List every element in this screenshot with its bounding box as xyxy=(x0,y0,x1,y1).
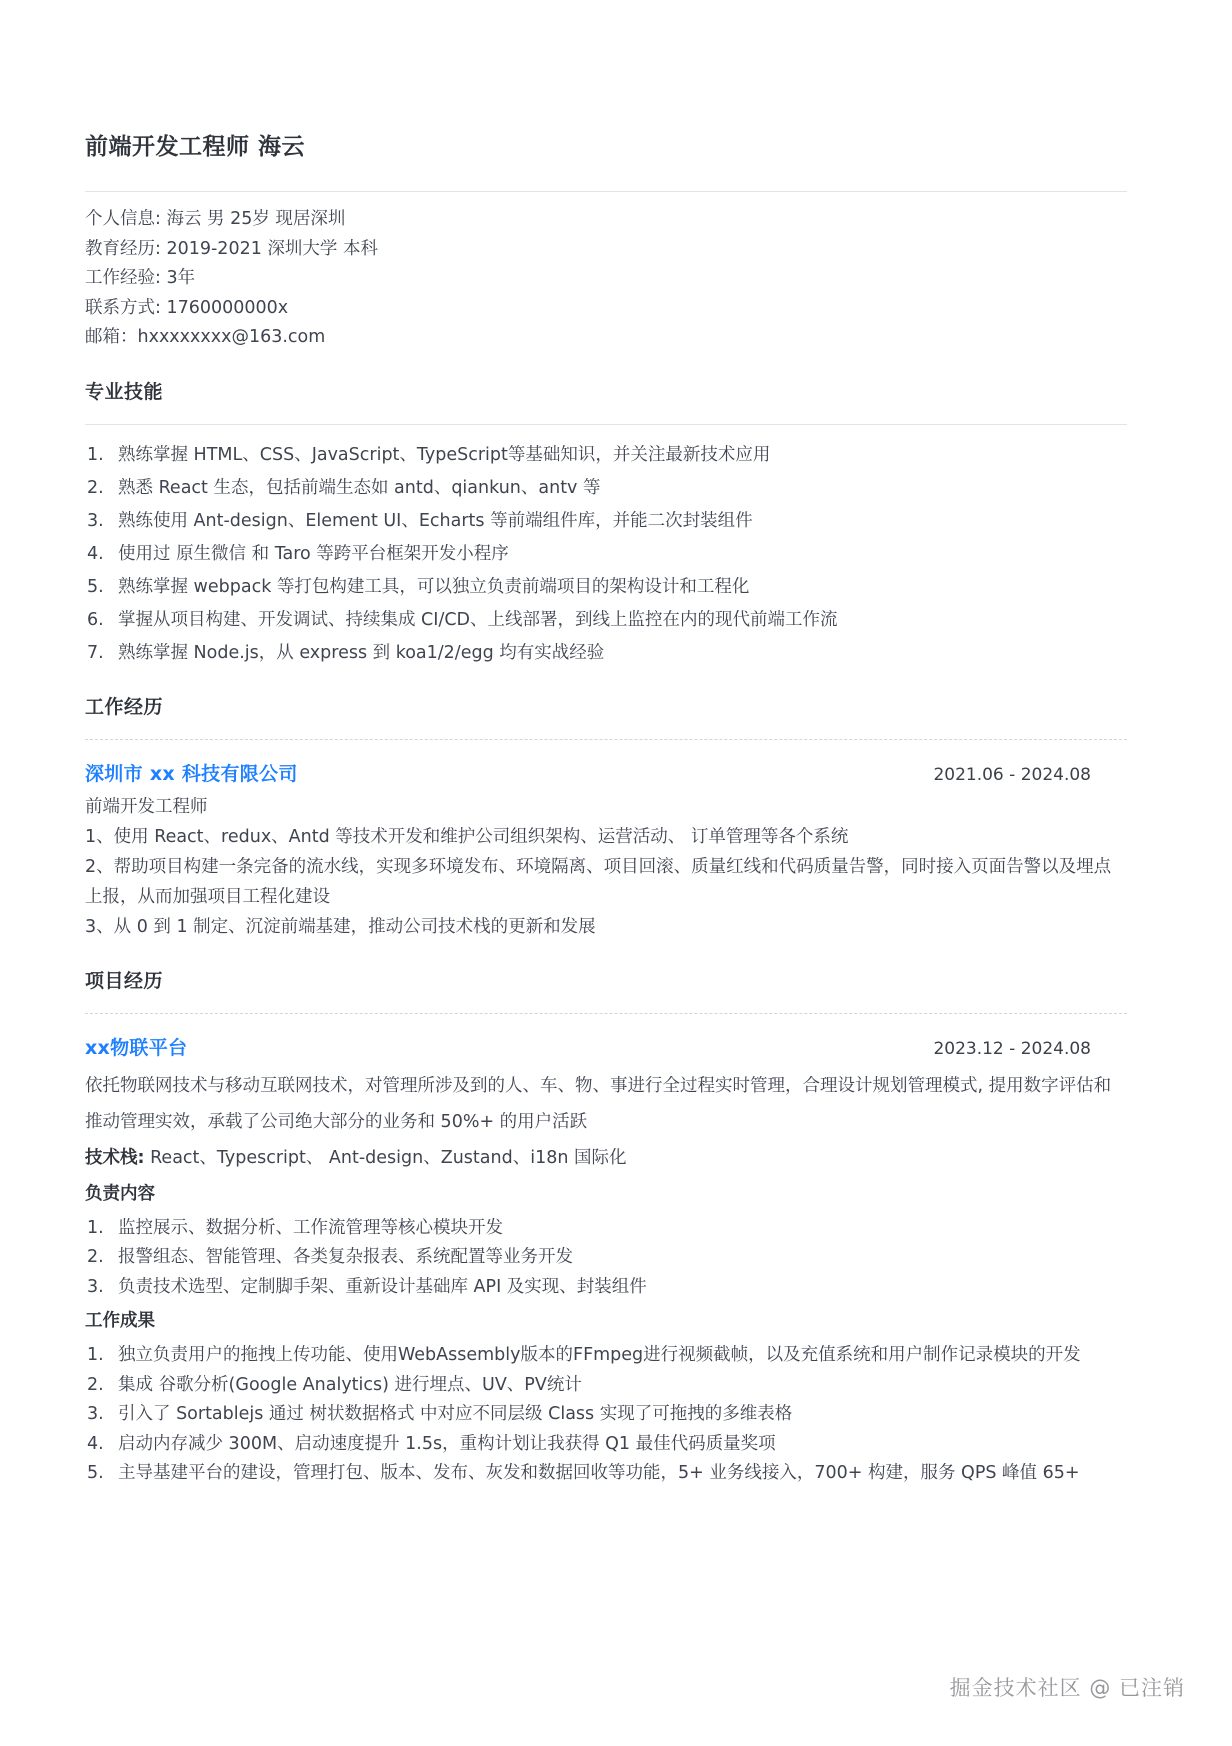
skills-list: 熟练掌握 HTML、CSS、JavaScript、TypeScript等基础知识… xyxy=(85,441,1127,668)
responsibility-item: 监控展示、数据分析、工作流管理等核心模块开发 xyxy=(85,1214,1127,1243)
email-line: 邮箱：hxxxxxxxx@163.com xyxy=(85,323,1127,353)
skill-item: 熟悉 React 生态，包括前端生态如 antd、qiankun、antv 等 xyxy=(85,474,1127,503)
divider-project xyxy=(85,1013,1127,1014)
achievement-item: 集成 谷歌分析(Google Analytics) 进行埋点、UV、PV统计 xyxy=(85,1371,1127,1400)
tech-stack-line: 技术栈: React、Typescript、 Ant-design、Zustan… xyxy=(85,1142,1127,1174)
work-period: 2021.06 - 2024.08 xyxy=(933,765,1127,785)
tech-stack-value: React、Typescript、 Ant-design、Zustand、i18… xyxy=(145,1148,627,1168)
personal-info-line: 个人信息: 海云 男 25岁 现居深圳 xyxy=(85,205,1127,235)
phone-line: 联系方式: 1760000000x xyxy=(85,294,1127,324)
page-title: 前端开发工程师 海云 xyxy=(85,128,1127,161)
responsibility-item: 负责技术选型、定制脚手架、重新设计基础库 API 及实现、封装组件 xyxy=(85,1273,1127,1302)
work-duties: 1、使用 React、redux、Antd 等技术开发和维护公司组织架构、运营活… xyxy=(85,822,1127,942)
work-heading: 工作经历 xyxy=(85,692,1127,719)
achievement-item: 独立负责用户的拖拽上传功能、使用WebAssembly版本的FFmpeg进行视频… xyxy=(85,1341,1127,1370)
achievement-item: 主导基建平台的建设，管理打包、版本、发布、灰发和数据回收等功能，5+ 业务线接入… xyxy=(85,1459,1127,1488)
work-duty-item: 2、帮助项目构建一条完备的流水线，实现多环境发布、环境隔离、项目回滚、质量红线和… xyxy=(85,852,1127,912)
responsibilities-list: 监控展示、数据分析、工作流管理等核心模块开发 报警组态、智能管理、各类复杂报表、… xyxy=(85,1214,1127,1302)
achievement-item: 启动内存减少 300M、启动速度提升 1.5s，重构计划让我获得 Q1 最佳代码… xyxy=(85,1430,1127,1459)
experience-years-line: 工作经验: 3年 xyxy=(85,264,1127,294)
responsibilities-heading: 负责内容 xyxy=(85,1178,1127,1210)
watermark: 掘金技术社区 @ 已注销 xyxy=(950,1672,1185,1702)
job-title: 前端开发工程师 xyxy=(85,792,1127,822)
project-entry-header: xx物联平台 2023.12 - 2024.08 xyxy=(85,1033,1127,1060)
education-line: 教育经历: 2019-2021 深圳大学 本科 xyxy=(85,235,1127,265)
project-name: xx物联平台 xyxy=(85,1033,187,1060)
skill-item: 熟练掌握 HTML、CSS、JavaScript、TypeScript等基础知识… xyxy=(85,441,1127,470)
tech-stack-label: 技术栈: xyxy=(85,1148,145,1168)
skill-item: 使用过 原生微信 和 Taro 等跨平台框架开发小程序 xyxy=(85,540,1127,569)
achievements-heading: 工作成果 xyxy=(85,1305,1127,1337)
project-period: 2023.12 - 2024.08 xyxy=(933,1039,1127,1059)
personal-info-block: 个人信息: 海云 男 25岁 现居深圳 教育经历: 2019-2021 深圳大学… xyxy=(85,192,1127,353)
responsibility-item: 报警组态、智能管理、各类复杂报表、系统配置等业务开发 xyxy=(85,1243,1127,1272)
skill-item: 熟练掌握 Node.js，从 express 到 koa1/2/egg 均有实战… xyxy=(85,639,1127,668)
work-entry-header: 深圳市 xx 科技有限公司 2021.06 - 2024.08 xyxy=(85,759,1127,786)
project-description: 依托物联网技术与移动互联网技术，对管理所涉及到的人、车、物、事进行全过程实时管理… xyxy=(85,1068,1127,1140)
achievement-item: 引入了 Sortablejs 通过 树状数据格式 中对应不同层级 Class 实… xyxy=(85,1400,1127,1429)
project-heading: 项目经历 xyxy=(85,966,1127,993)
skills-heading: 专业技能 xyxy=(85,377,1127,404)
work-duty-item: 1、使用 React、redux、Antd 等技术开发和维护公司组织架构、运营活… xyxy=(85,822,1127,852)
skill-item: 掌握从项目构建、开发调试、持续集成 CI/CD、上线部署，到线上监控在内的现代前… xyxy=(85,606,1127,635)
resume-page: 前端开发工程师 海云 个人信息: 海云 男 25岁 现居深圳 教育经历: 201… xyxy=(85,0,1127,1489)
divider-skills xyxy=(85,424,1127,425)
work-duty-item: 3、从 0 到 1 制定、沉淀前端基建，推动公司技术栈的更新和发展 xyxy=(85,912,1127,942)
skill-item: 熟练使用 Ant-design、Element UI、Echarts 等前端组件… xyxy=(85,507,1127,536)
skill-item: 熟练掌握 webpack 等打包构建工具，可以独立负责前端项目的架构设计和工程化 xyxy=(85,573,1127,602)
divider-work xyxy=(85,739,1127,740)
company-name: 深圳市 xx 科技有限公司 xyxy=(85,759,298,786)
achievements-list: 独立负责用户的拖拽上传功能、使用WebAssembly版本的FFmpeg进行视频… xyxy=(85,1341,1127,1488)
